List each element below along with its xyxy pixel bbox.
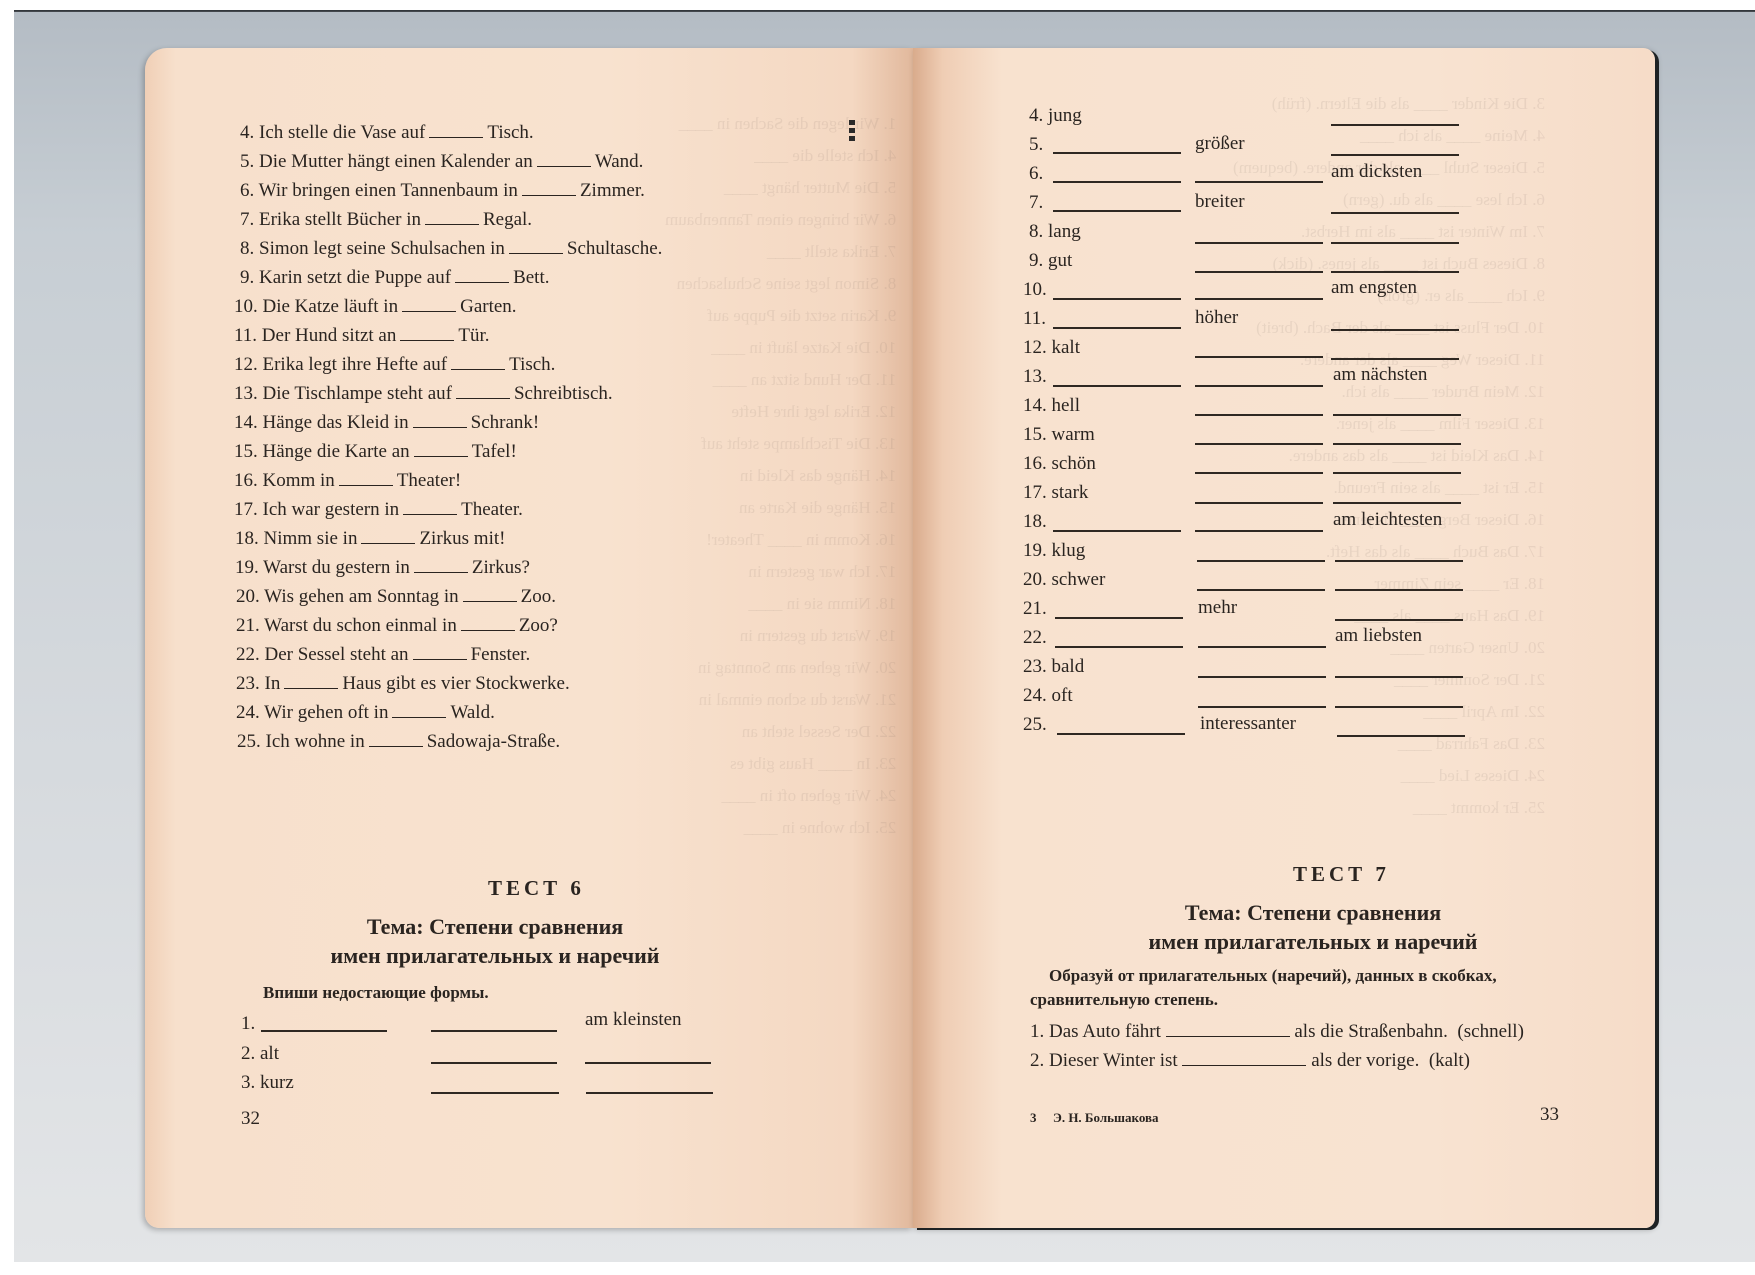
answer-blank[interactable] [413,643,467,660]
form-row-number: 10. [1023,278,1047,302]
form-row-number: 25. [1023,713,1047,737]
topic-line-2: имен прилагательных и наречий [295,941,695,970]
form-row: 17. stark [1023,481,1088,505]
answer-line-comparative[interactable] [1195,271,1323,273]
answer-blank[interactable] [451,353,505,370]
answer-line-positive[interactable] [1053,210,1181,212]
form-row: 3. kurz [241,1071,294,1095]
answer-blank[interactable] [339,469,393,486]
answer-line-superlative[interactable] [1335,619,1463,621]
exercise-item: 20. Wis gehen am Sonntag inZoo. [236,585,556,609]
answer-line-superlative[interactable] [1331,271,1459,273]
answer-line-comparative[interactable] [1198,646,1326,648]
form-row: 20. schwer [1023,568,1105,592]
answer-blank[interactable] [414,440,468,457]
answer-line-superlative[interactable] [1333,472,1461,474]
test-7-topic: Тема: Степени сравнения имен прилагатель… [1103,898,1523,956]
answer-line-comparative[interactable] [431,1062,557,1064]
page-number-left: 32 [241,1108,260,1130]
exercise-item: 6. Wir bringen einen Tannenbaum inZimmer… [240,179,645,203]
answer-line-positive[interactable] [1053,181,1181,183]
test-7-instruction-line-1: Образуй от прилагательных (наречий), дан… [1049,964,1497,988]
form-row: 15. warm [1023,423,1095,447]
comparative-form: breiter [1195,190,1245,214]
answer-line-superlative[interactable] [1331,124,1459,126]
test-7-instruction-line-2: сравнительную степень. [1030,988,1218,1012]
form-row: 9. gut [1029,249,1072,273]
answer-line-positive[interactable] [1053,327,1181,329]
answer-line-comparative[interactable] [1195,356,1323,358]
answer-line-comparative[interactable] [1195,502,1323,504]
form-row: 8. lang [1029,220,1081,244]
form-row: 12. kalt [1023,336,1080,360]
exercise-item: 15. Hänge die Karte anTafel! [234,440,517,464]
right-page: 3. Die Kinder ____ als die Eltern. (früh… [913,48,1655,1228]
open-book: 1. Wir legen die Sachen in ____ 4. Ich s… [145,48,1655,1228]
superlative-form: am liebsten [1335,624,1422,648]
answer-line-comparative[interactable] [1195,181,1323,183]
superlative-form: am dicksten [1331,160,1422,184]
exercise-item: 23. InHaus gibt es vier Stockwerke. [236,672,570,696]
page-number-right: 33 [1540,1104,1559,1126]
exercise-item: 17. Ich war gestern inTheater. [234,498,523,522]
exercise-item: 19. Warst du gestern inZirkus? [235,556,530,580]
answer-line-comparative[interactable] [431,1030,557,1032]
superlative-form: am kleinsten [585,1008,682,1032]
answer-line-superlative[interactable] [1335,706,1463,708]
exercise-item: 18. Nimm sie inZirkus mit! [235,527,505,551]
form-row: 14. hell [1023,394,1080,418]
answer-line-superlative[interactable] [1337,735,1465,737]
form-row: 4. jung [1029,104,1082,128]
answer-blank[interactable] [369,730,423,747]
answer-blank[interactable] [463,585,517,602]
answer-blank[interactable] [403,498,457,515]
superlative-form: am leichtesten [1333,508,1442,532]
answer-blank[interactable] [400,324,454,341]
answer-line-positive[interactable] [1053,298,1181,300]
answer-line-positive[interactable] [261,1030,387,1032]
gutter-mark [849,120,855,144]
answer-line-comparative[interactable] [1197,589,1325,591]
answer-line-positive[interactable] [1055,646,1183,648]
answer-line-comparative[interactable] [1195,242,1323,244]
answer-line-superlative[interactable] [1331,358,1459,360]
answer-line-superlative[interactable] [1333,502,1461,504]
superlative-form: am nächsten [1333,363,1427,387]
answer-line-comparative[interactable] [1195,414,1323,416]
comparative-form: größer [1195,132,1245,156]
answer-blank[interactable] [392,701,446,718]
answer-line-comparative[interactable] [1198,706,1326,708]
comparative-form: höher [1195,306,1238,330]
answer-line-superlative[interactable] [1331,212,1459,214]
exercise-item: 4. Ich stelle die Vase aufTisch. [240,121,534,145]
exercise-item: 13. Die Tischlampe steht aufSchreibtisch… [234,382,613,406]
form-row-number: 11. [1023,307,1046,331]
comparative-form: interessanter [1200,712,1296,736]
answer-line-comparative[interactable] [431,1092,559,1094]
topic-line-2: имен прилагательных и наречий [1103,927,1523,956]
answer-blank[interactable] [522,179,576,196]
exercise-item: 24. Wir gehen oft inWald. [236,701,495,725]
answer-blank[interactable] [414,556,468,573]
answer-line-superlative[interactable] [1331,154,1459,156]
form-row: 23. bald [1023,655,1084,679]
exercise-item: 5. Die Mutter hängt einen Kalender anWan… [240,150,643,174]
answer-line-superlative[interactable] [1333,443,1461,445]
form-row-number: 6. [1029,162,1043,186]
sentence-item: 1. Das Auto fährt als die Straßenbahn. (… [1030,1020,1524,1044]
answer-line-superlative[interactable] [1335,676,1463,678]
exercise-item: 7. Erika stellt Bücher inRegal. [240,208,532,232]
answer-line-positive[interactable] [1053,152,1181,154]
answer-blank[interactable] [429,121,483,138]
test-6-topic: Тема: Степени сравнения имен прилагатель… [295,912,695,970]
bleed-through-text: 1. Wir legen die Sachen in ____ 4. Ich s… [665,108,896,844]
answer-line-positive[interactable] [1057,733,1185,735]
answer-line-comparative[interactable] [1195,443,1323,445]
footer-author-name: Э. Н. Большакова [1053,1110,1159,1126]
answer-blank[interactable] [361,527,415,544]
form-row-number: 13. [1023,365,1047,389]
answer-line-comparative[interactable] [1197,560,1325,562]
answer-line-superlative[interactable] [1335,560,1463,562]
answer-line-positive[interactable] [1053,530,1181,532]
form-row-number: 22. [1023,626,1047,650]
answer-line-superlative[interactable] [586,1092,713,1094]
answer-blank[interactable] [284,672,338,689]
answer-blank[interactable] [402,295,456,312]
test-6-instruction: Впиши недостающие формы. [263,981,489,1005]
answer-line-superlative[interactable] [1331,329,1459,331]
answer-line-comparative[interactable] [1195,530,1323,532]
superlative-form: am engsten [1331,276,1417,300]
exercise-item: 16. Komm inTheater! [234,469,461,493]
answer-blank[interactable] [455,266,509,283]
answer-blank[interactable] [425,208,479,225]
form-row: 19. klug [1023,539,1085,563]
exercise-item: 9. Karin setzt die Puppe aufBett. [240,266,549,290]
answer-blank[interactable] [509,237,563,254]
answer-blank[interactable] [1182,1049,1306,1066]
answer-line-superlative[interactable] [1331,242,1459,244]
exercise-item: 8. Simon legt seine Schulsachen inSchult… [240,237,662,261]
exercise-item: 21. Warst du schon einmal inZoo? [236,614,558,638]
answer-line-comparative[interactable] [1198,676,1326,678]
left-page: 1. Wir legen die Sachen in ____ 4. Ich s… [145,48,913,1228]
footer-signature-mark: 3 [1030,1110,1037,1126]
answer-line-superlative[interactable] [1333,414,1461,416]
form-row-number: 7. [1029,191,1043,215]
form-row-number: 1. [241,1012,255,1036]
answer-blank[interactable] [461,614,515,631]
topic-line-1: Тема: Степени сравнения [295,912,695,941]
sentence-item: 2. Dieser Winter ist als der vorige. (ka… [1030,1049,1470,1073]
answer-blank[interactable] [537,150,591,167]
answer-blank[interactable] [1166,1020,1290,1037]
comparative-form: mehr [1198,596,1237,620]
topic-line-1: Тема: Степени сравнения [1103,898,1523,927]
exercise-item: 10. Die Katze läuft inGarten. [234,295,517,319]
answer-line-positive[interactable] [1055,617,1183,619]
form-row-number: 21. [1023,597,1047,621]
exercise-item: 22. Der Sessel steht anFenster. [236,643,530,667]
test-7-heading: ТЕСТ 7 [1293,862,1390,887]
answer-line-comparative[interactable] [1195,298,1323,300]
answer-blank[interactable] [456,382,510,399]
form-row: 24. oft [1023,684,1073,708]
exercise-item: 14. Hänge das Kleid inSchrank! [234,411,539,435]
test-6-heading: ТЕСТ 6 [488,876,585,901]
answer-line-positive[interactable] [1053,385,1181,387]
form-row: 16. schön [1023,452,1096,476]
form-row: 2. alt [241,1042,279,1066]
answer-line-superlative[interactable] [1335,589,1463,591]
answer-line-superlative[interactable] [585,1062,711,1064]
exercise-item: 11. Der Hund sitzt anTür. [234,324,490,348]
form-row-number: 18. [1023,510,1047,534]
answer-line-comparative[interactable] [1195,472,1323,474]
answer-line-comparative[interactable] [1195,385,1323,387]
exercise-item: 25. Ich wohne inSadowaja-Straße. [237,730,560,754]
form-row-number: 5. [1029,133,1043,157]
exercise-item: 12. Erika legt ihre Hefte aufTisch. [234,353,555,377]
answer-blank[interactable] [413,411,467,428]
